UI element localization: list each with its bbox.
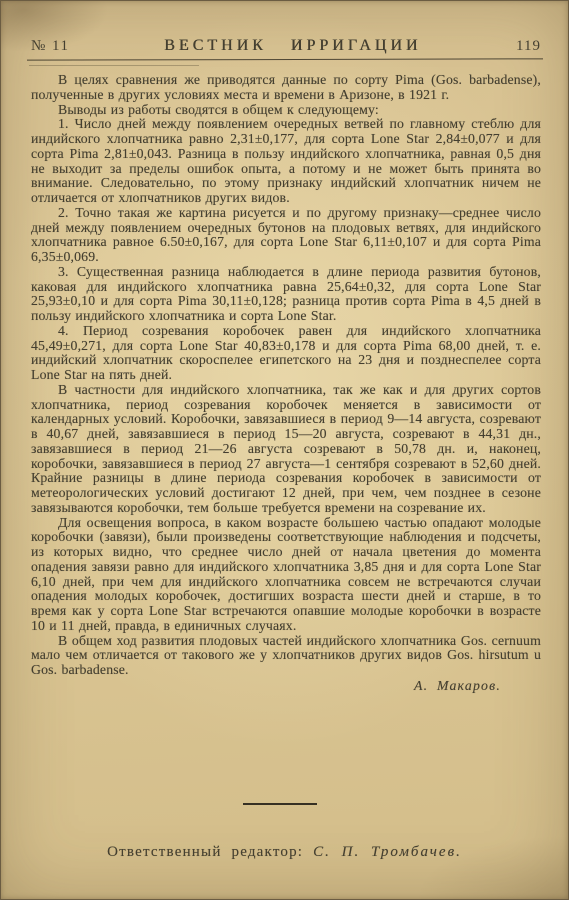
- paragraph-boll-shedding: Для освещения вопроса, в каком возрасте …: [31, 516, 541, 634]
- paragraph-conclusions-lead: Выводы из работы сводятся в общем к след…: [31, 103, 541, 118]
- scanned-journal-page: № 11 ВЕСТНИК ИРРИГАЦИИ 119 В целях сравн…: [0, 0, 569, 900]
- paragraph-intro: В целях сравнения же приводятся данные п…: [31, 73, 541, 103]
- end-of-article-divider: [243, 803, 317, 805]
- page-number: 119: [516, 38, 541, 55]
- paragraph-point-2: 2. Точно такая же картина рисуется и по …: [31, 206, 541, 265]
- paragraph-summary: В общем ход развития плодовых частей инд…: [31, 634, 541, 678]
- article-body: В целях сравнения же приводятся данные п…: [31, 73, 541, 694]
- header-rule-shadow: [29, 65, 199, 66]
- issue-number: № 11: [31, 38, 70, 55]
- editor-label: Ответственный редактор:: [107, 844, 303, 860]
- page-header: № 11 ВЕСТНИК ИРРИГАЦИИ 119: [31, 37, 541, 55]
- paragraph-point-1: 1. Число дней между появлением очередных…: [31, 117, 541, 206]
- author-signature: А. Макаров.: [31, 679, 541, 694]
- paragraph-ripening-periods: В частности для индийского хлопчатника, …: [31, 383, 541, 516]
- header-rule: [27, 58, 543, 60]
- paragraph-point-3: 3. Существенная разница наблюдается в дл…: [31, 265, 541, 324]
- journal-title: ВЕСТНИК ИРРИГАЦИИ: [70, 37, 517, 55]
- editor-name: С. П. Тромбачев.: [313, 844, 462, 860]
- paragraph-point-4: 4. Период созревания коробочек равен для…: [31, 324, 541, 383]
- page-footer: Ответственный редактор: С. П. Тромбачев.: [1, 844, 568, 861]
